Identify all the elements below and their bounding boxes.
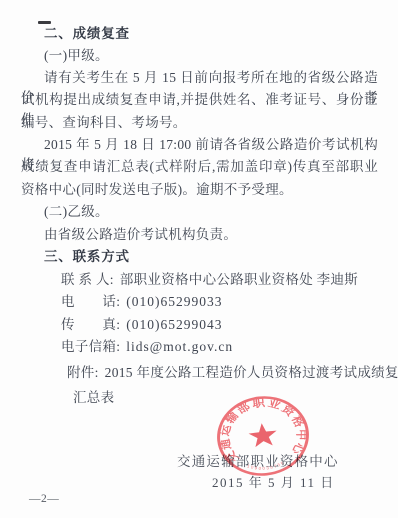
para2-line1: 2015 年 5 月 18 日 17:00 前请各省级公路造价考试机构将 <box>21 135 378 156</box>
para2-line2: 成绩复查申请汇总表(式样附后,需加盖印章)传真至部职业 <box>21 157 378 178</box>
grade-a-heading: (一)甲级。 <box>21 46 378 67</box>
document-page: 二、成绩复查 (一)甲级。 请有关考生在 5 月 15 日前向报考所在地的省级公… <box>0 0 398 518</box>
contact-person-value: 部职业资格中心公路职业资格处 李迪斯 <box>120 272 358 287</box>
attachment-label: 附件: <box>44 363 99 383</box>
contact-email-label: 电子信箱: <box>41 337 120 357</box>
contact-fax-label: 传 真: <box>41 315 120 335</box>
section-heading-contact: 三、联系方式 <box>21 247 378 268</box>
official-seal: 交通运输部职业资格中心 1090035735 <box>208 387 319 485</box>
contact-phone-value: (010)65299033 <box>126 294 222 309</box>
seal-star-icon <box>248 422 278 448</box>
para1-line3: 编号、查询科目、考场号。 <box>21 113 378 134</box>
para1-line1: 请有关考生在 5 月 15 日前向报考所在地的省级公路造价考 <box>21 68 378 89</box>
grade-b-text: 由省级公路造价考试机构负责。 <box>21 225 378 246</box>
contact-phone-label: 电 话: <box>41 292 120 312</box>
contact-fax-value: (010)65299043 <box>126 317 222 332</box>
section-heading-score-review: 二、成绩复查 <box>21 24 378 45</box>
contact-email-row: 电子信箱:lids@mot.gov.cn <box>21 337 378 358</box>
contact-phone-row: 电 话:(010)65299033 <box>21 292 378 313</box>
contact-person-row: 联 系 人:部职业资格中心公路职业资格处 李迪斯 <box>21 270 378 291</box>
contact-email-value: lids@mot.gov.cn <box>126 339 233 354</box>
para1-line2: 试机构提出成绩复查申请,并提供姓名、准考证号、身份证件 <box>21 90 378 111</box>
contact-fax-row: 传 真:(010)65299043 <box>21 315 378 336</box>
attachment-row: 附件:2015 年度公路工程造价人员资格过渡考试成绩复查申请 <box>21 363 378 384</box>
page-number: —2— <box>29 493 59 505</box>
para2-line3: 资格中心(同时发送电子版)。逾期不予受理。 <box>21 180 378 201</box>
attachment-line1: 2015 年度公路工程造价人员资格过渡考试成绩复查申请 <box>105 365 398 380</box>
grade-b-heading: (二)乙级。 <box>21 202 378 223</box>
contact-person-label: 联 系 人: <box>41 270 114 290</box>
